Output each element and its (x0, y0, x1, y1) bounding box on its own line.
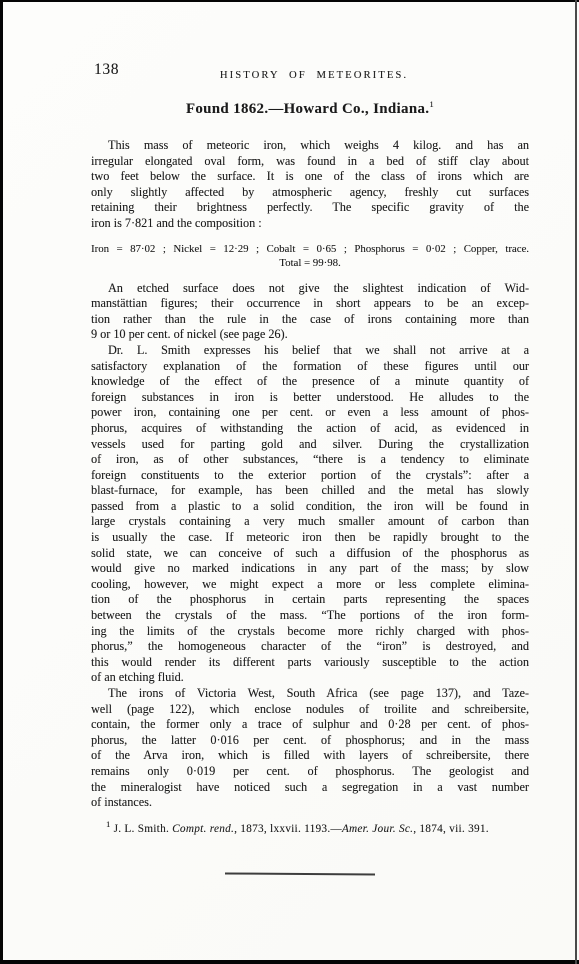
text-line: well (page 122), which enclose nodules o… (91, 702, 529, 718)
text-line: is usually the case. If meteoric iron th… (91, 530, 529, 546)
heading-footnote-marker: 1 (429, 99, 434, 109)
composition-line-1: Iron = 87·02 ; Nickel = 12·29 ; Cobalt =… (91, 243, 529, 257)
text-line: power iron, containing one per cent. or … (91, 405, 529, 421)
text-line: vessels used for parting gold and silver… (91, 437, 529, 453)
text-line: of the Arva iron, which is filled with l… (91, 748, 529, 764)
text-line: tion rather than the rule in the case of… (91, 312, 529, 328)
composition-block: Iron = 87·02 ; Nickel = 12·29 ; Cobalt =… (91, 243, 529, 271)
text-line: blast-furnace, for example, has been chi… (91, 483, 529, 499)
body-paragraph-3: Dr. L. Smith expresses his belief that w… (91, 343, 529, 686)
section-heading: Found 1862.—Howard Co., Indiana.1 (91, 101, 529, 118)
footnote-segment: J. L. Smith. (114, 823, 173, 835)
text-line: cooling, however, we might expect a more… (91, 577, 529, 593)
footnote-segment: Amer. Jour. Sc. (342, 823, 413, 835)
text-line: large crystals containing a very much sm… (91, 514, 529, 530)
text-line: Dr. L. Smith expresses his belief that w… (91, 343, 529, 359)
text-line: passed from a plastic to a solid conditi… (91, 499, 529, 515)
text-line: solid state, we can conceive of such a d… (91, 546, 529, 562)
text-line: irregular elongated oval form, was found… (91, 154, 529, 170)
footnote-text: J. L. Smith. Compt. rend., 1873, lxxvii.… (114, 823, 489, 835)
text-line: tion of the phosphorus in certain parts … (91, 592, 529, 608)
text-line: of instances. (91, 795, 529, 811)
scan-edge-top (0, 0, 579, 2)
text-line: ing the limits of the crystals become mo… (91, 624, 529, 640)
text-line: two feet below the surface. It is one of… (91, 169, 529, 185)
text-line: this would render its different parts va… (91, 655, 529, 671)
text-line: would give no marked indications in any … (91, 561, 529, 577)
text-line: An etched surface does not give the slig… (91, 281, 529, 297)
footnote-segment: Compt. rend. (172, 823, 234, 835)
section-heading-text: Found 1862.—Howard Co., Indiana. (186, 101, 429, 117)
text-line: phorus, acquires of withstanding the act… (91, 421, 529, 437)
scan-edge-right (575, 0, 577, 964)
text-line: between the crystals of the mass. “The p… (91, 608, 529, 624)
text-line: 9 or 10 per cent. of nickel (see page 26… (91, 327, 529, 343)
text-line: phorus, the latter 0·016 per cent. of ph… (91, 733, 529, 749)
text-line: of iron, as of other substances, “there … (91, 452, 529, 468)
scan-edge-left (0, 0, 3, 964)
scan-edge-bottom (0, 960, 579, 964)
text-line: only slightly affected by atmospheric ag… (91, 185, 529, 201)
body-paragraph-4: The irons of Victoria West, South Africa… (91, 686, 529, 811)
footnote-marker: 1 (106, 819, 111, 829)
text-line: contain, the former only a trace of sulp… (91, 717, 529, 733)
end-of-entry-rule (225, 872, 375, 875)
page-body: This mass of meteoric iron, which weighs… (91, 138, 529, 836)
text-line: The irons of Victoria West, South Africa… (91, 686, 529, 702)
body-paragraph-1: This mass of meteoric iron, which weighs… (91, 138, 529, 232)
text-line: satisfactory explanation of the formatio… (91, 359, 529, 375)
text-line: phorus,” the homogeneous character of th… (91, 639, 529, 655)
text-line: remains only 0·019 per cent. of phosphor… (91, 764, 529, 780)
text-line: manstättian figures; their occurrence in… (91, 296, 529, 312)
text-line: foreign constituents to the exterior por… (91, 468, 529, 484)
text-line: of an etching fluid. (91, 670, 529, 686)
footnote: 1J. L. Smith. Compt. rend., 1873, lxxvii… (91, 822, 529, 836)
text-line: retaining their brightness perfectly. Th… (91, 200, 529, 216)
text-line: foreign substances in iron is better und… (91, 390, 529, 406)
document-page: { "page_meta": { "number": "138", "runni… (0, 0, 579, 964)
running-head: HISTORY OF METEORITES. (91, 70, 537, 81)
text-line: the mineralogist have noticed such a seg… (91, 780, 529, 796)
text-line: This mass of meteoric iron, which weighs… (91, 138, 529, 154)
footnote-segment: , 1874, vii. 391. (413, 823, 489, 835)
footnote-segment: , 1873, lxxvii. 1193.— (234, 823, 342, 835)
body-paragraph-2: An etched surface does not give the slig… (91, 281, 529, 343)
text-line: iron is 7·821 and the composition : (91, 216, 529, 232)
composition-line-2: Total = 99·98. (91, 257, 529, 271)
text-line: knowledge of the effect of the presence … (91, 374, 529, 390)
